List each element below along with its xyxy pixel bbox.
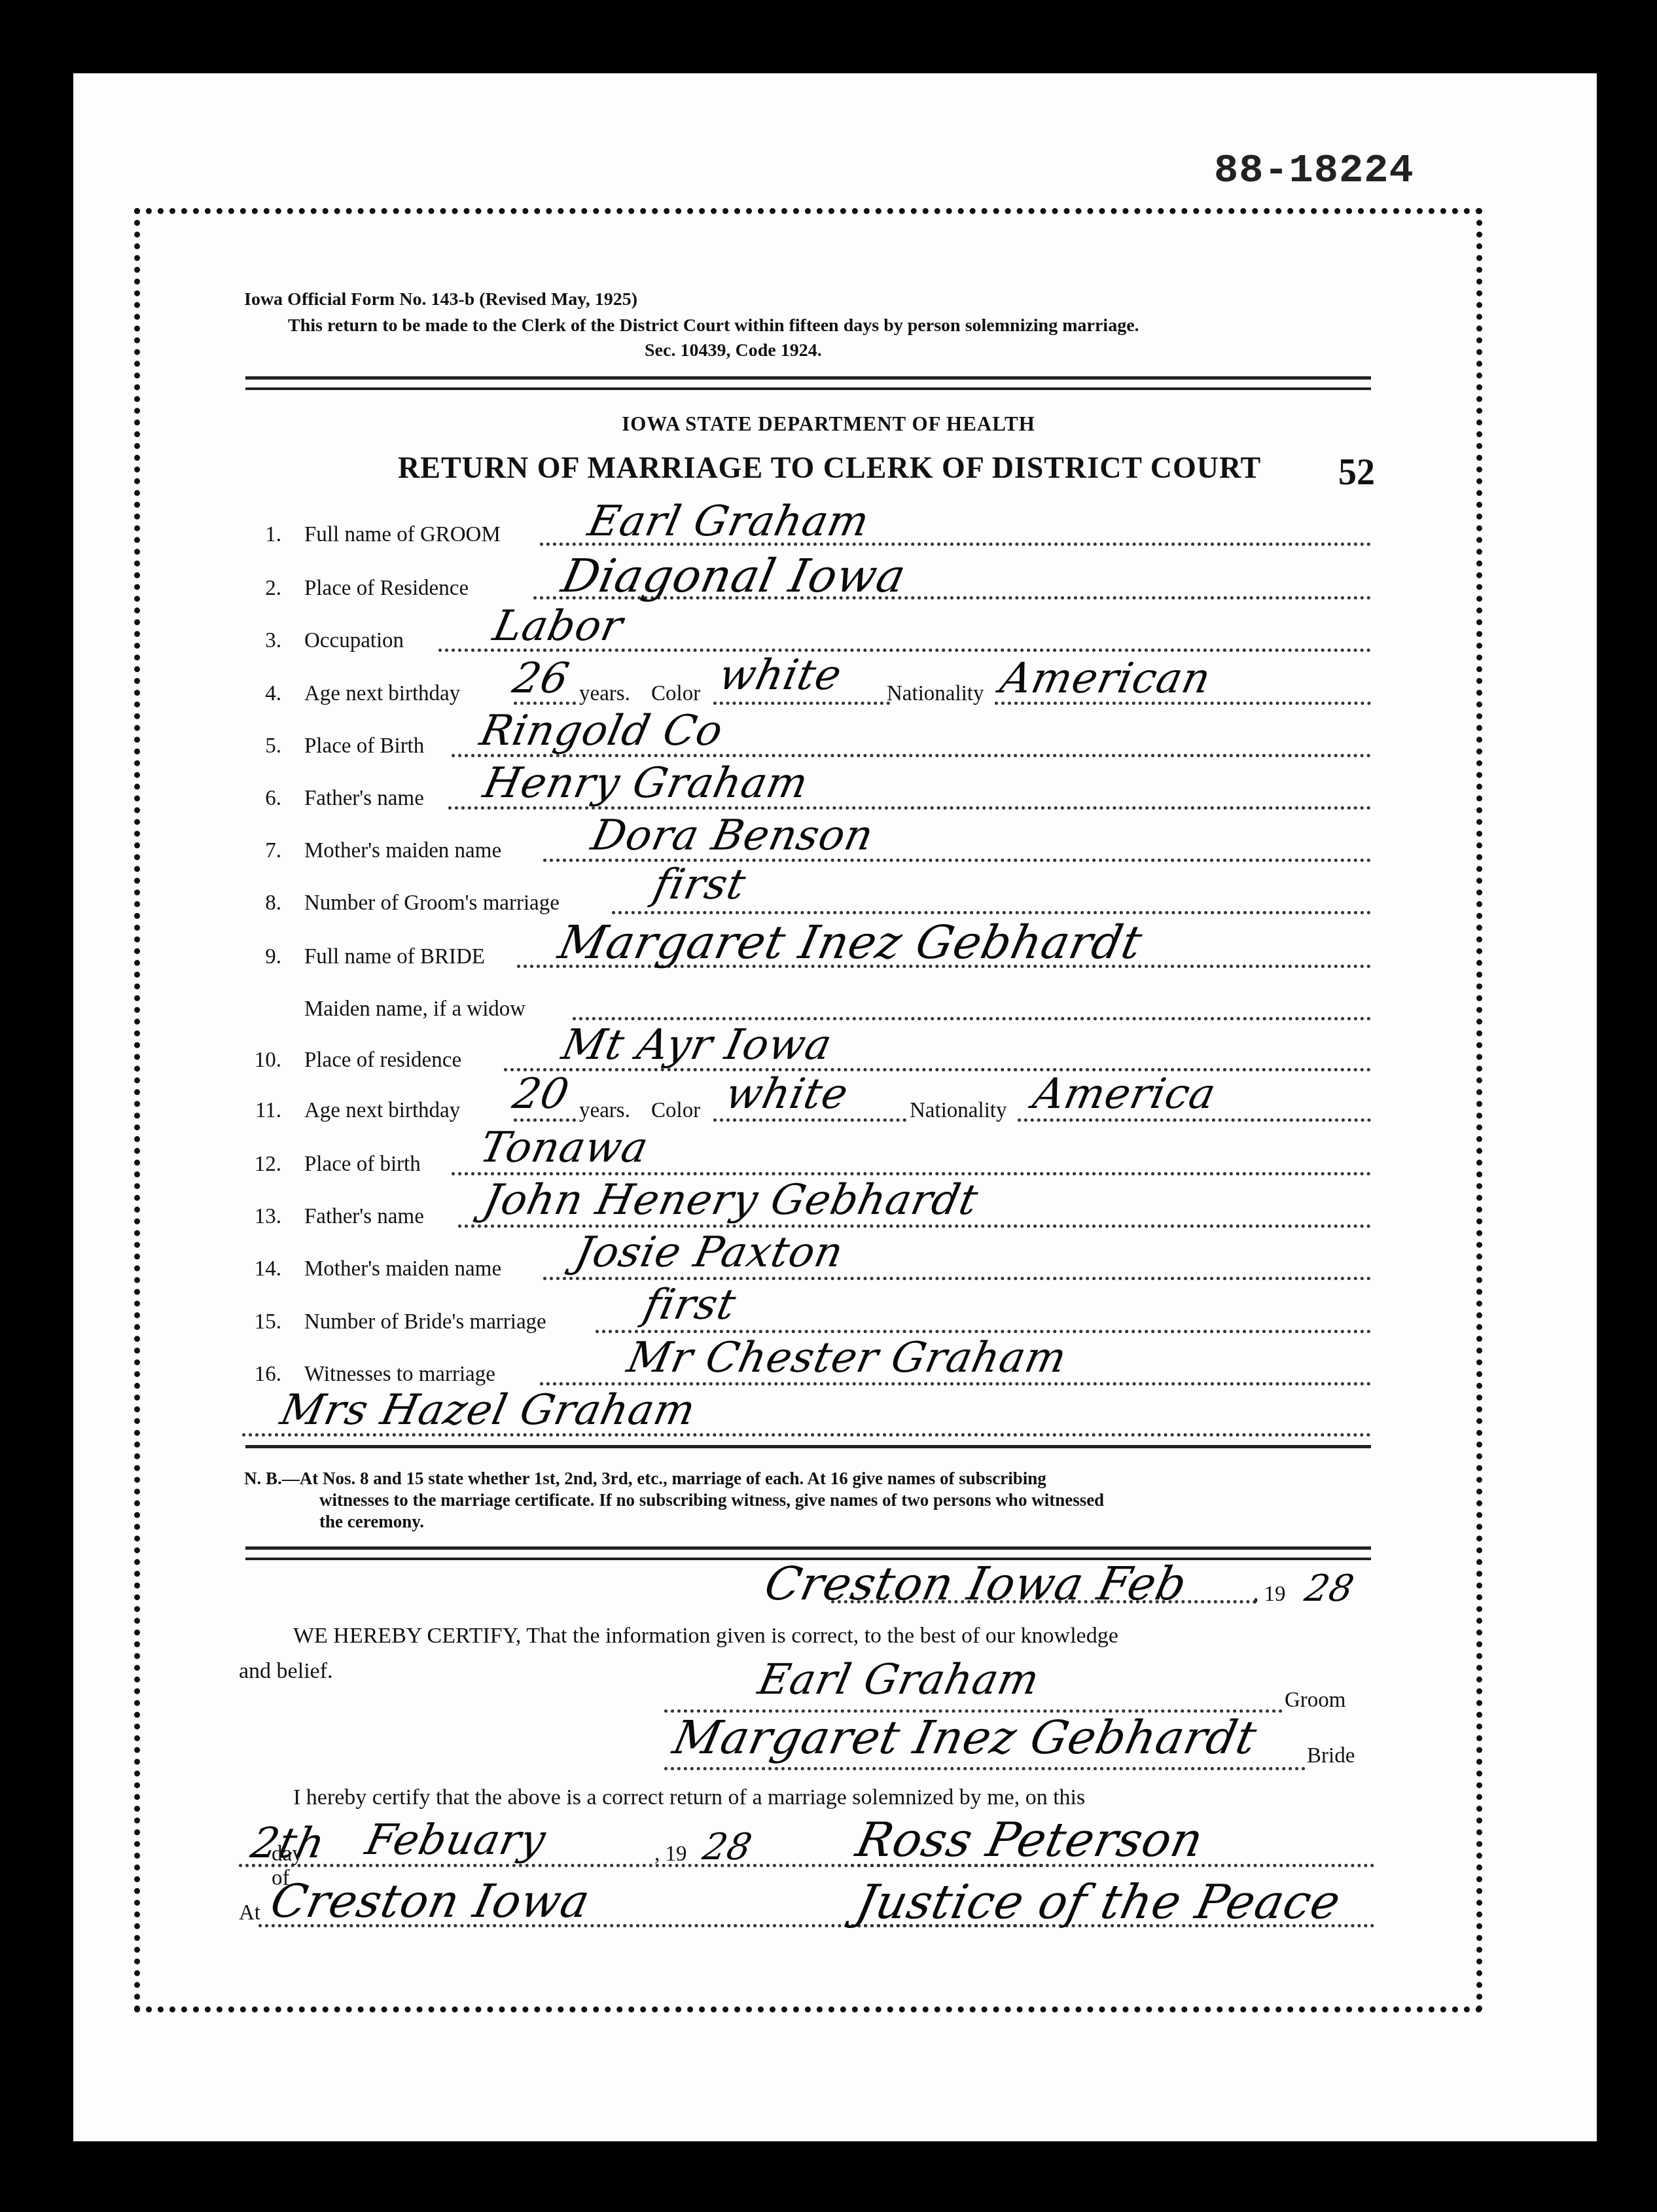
double-rule xyxy=(245,376,1371,390)
groom-mother-value[interactable]: Dora Benson xyxy=(588,815,877,857)
bride-marriage-number-value[interactable]: first xyxy=(640,1284,739,1326)
field-groom-birthplace: 5. Place of Birth xyxy=(242,728,1371,761)
bride-birthplace-value[interactable]: Tonawa xyxy=(476,1127,652,1169)
bride-mother-value[interactable]: Josie Paxton xyxy=(571,1232,847,1274)
officiant-title[interactable]: Justice of the Peace xyxy=(852,1878,1345,1925)
certification-text-2: and belief. xyxy=(239,1659,333,1684)
bride-signature[interactable]: Margaret Inez Gebhardt xyxy=(669,1715,1261,1760)
officiant-year-value[interactable]: 28 xyxy=(700,1829,755,1866)
groom-occupation-value[interactable]: Labor xyxy=(490,605,626,647)
record-number: 52 xyxy=(1338,452,1375,493)
bride-father-value[interactable]: John Henery Gebhardt xyxy=(480,1179,982,1221)
officiant-signature[interactable]: Ross Peterson xyxy=(852,1816,1207,1863)
groom-marriage-number-value[interactable]: first xyxy=(650,864,749,906)
field-bride-maiden-name: Maiden name, if a widow xyxy=(242,991,1371,1024)
witness-1-value[interactable]: Mr Chester Graham xyxy=(624,1337,1070,1379)
filing-notice: This return to be made to the Clerk of t… xyxy=(288,315,1139,336)
department-heading: IOWA STATE DEPARTMENT OF HEALTH xyxy=(0,412,1657,436)
at-label: At xyxy=(239,1901,260,1925)
groom-color-value[interactable]: white xyxy=(715,654,846,696)
field-groom-marriage-number: 8. Number of Groom's marriage xyxy=(242,885,1371,918)
year-prefix: , 19 xyxy=(1253,1582,1286,1607)
instructions-note: N. B.—At Nos. 8 and 15 state whether 1st… xyxy=(244,1468,1370,1533)
officiant-certification-text: I hereby certify that the above is a cor… xyxy=(293,1785,1085,1810)
groom-nationality-value[interactable]: American xyxy=(997,658,1215,700)
bride-label: Bride xyxy=(1307,1744,1355,1768)
form-number: Iowa Official Form No. 143-b (Revised Ma… xyxy=(244,289,637,310)
groom-age-value[interactable]: 26 xyxy=(509,658,573,700)
officiant-year-prefix: , 19 xyxy=(654,1842,687,1866)
groom-name-value[interactable]: Earl Graham xyxy=(584,501,873,543)
groom-birthplace-value[interactable]: Ringold Co xyxy=(476,710,726,752)
groom-signature[interactable]: Earl Graham xyxy=(755,1659,1043,1701)
bride-residence-value[interactable]: Mt Ayr Iowa xyxy=(558,1024,836,1066)
bride-signature-line xyxy=(664,1767,1306,1770)
reference-number: 88-18224 xyxy=(1214,147,1414,194)
field-bride-marriage-number: 15. Number of Bride's marriage xyxy=(242,1304,1371,1337)
witness-2-value[interactable]: Mrs Hazel Graham xyxy=(277,1389,699,1431)
groom-label: Groom xyxy=(1285,1688,1346,1713)
bride-nationality-value[interactable]: America xyxy=(1029,1073,1219,1115)
bride-age-value[interactable]: 20 xyxy=(509,1073,573,1115)
groom-residence-value[interactable]: Diagonal Iowa xyxy=(558,553,910,599)
rule xyxy=(245,1445,1371,1448)
field-bride-birthplace: 12. Place of birth xyxy=(242,1147,1371,1179)
form-title: RETURN OF MARRIAGE TO CLERK OF DISTRICT … xyxy=(398,450,1261,485)
certification-text: WE HEREBY CERTIFY, That the information … xyxy=(293,1624,1118,1649)
month-value[interactable]: Febuary xyxy=(362,1819,549,1861)
bride-name-value[interactable]: Margaret Inez Gebhardt xyxy=(555,919,1147,965)
bride-color-value[interactable]: white xyxy=(722,1073,852,1115)
place-date-value[interactable]: Creston Iowa Feb xyxy=(761,1561,1192,1607)
ceremony-place-value[interactable]: Creston Iowa xyxy=(267,1878,594,1924)
statute-reference: Sec. 10439, Code 1924. xyxy=(645,340,822,361)
year-value[interactable]: 28 xyxy=(1302,1571,1357,1607)
groom-father-value[interactable]: Henry Graham xyxy=(480,762,812,804)
